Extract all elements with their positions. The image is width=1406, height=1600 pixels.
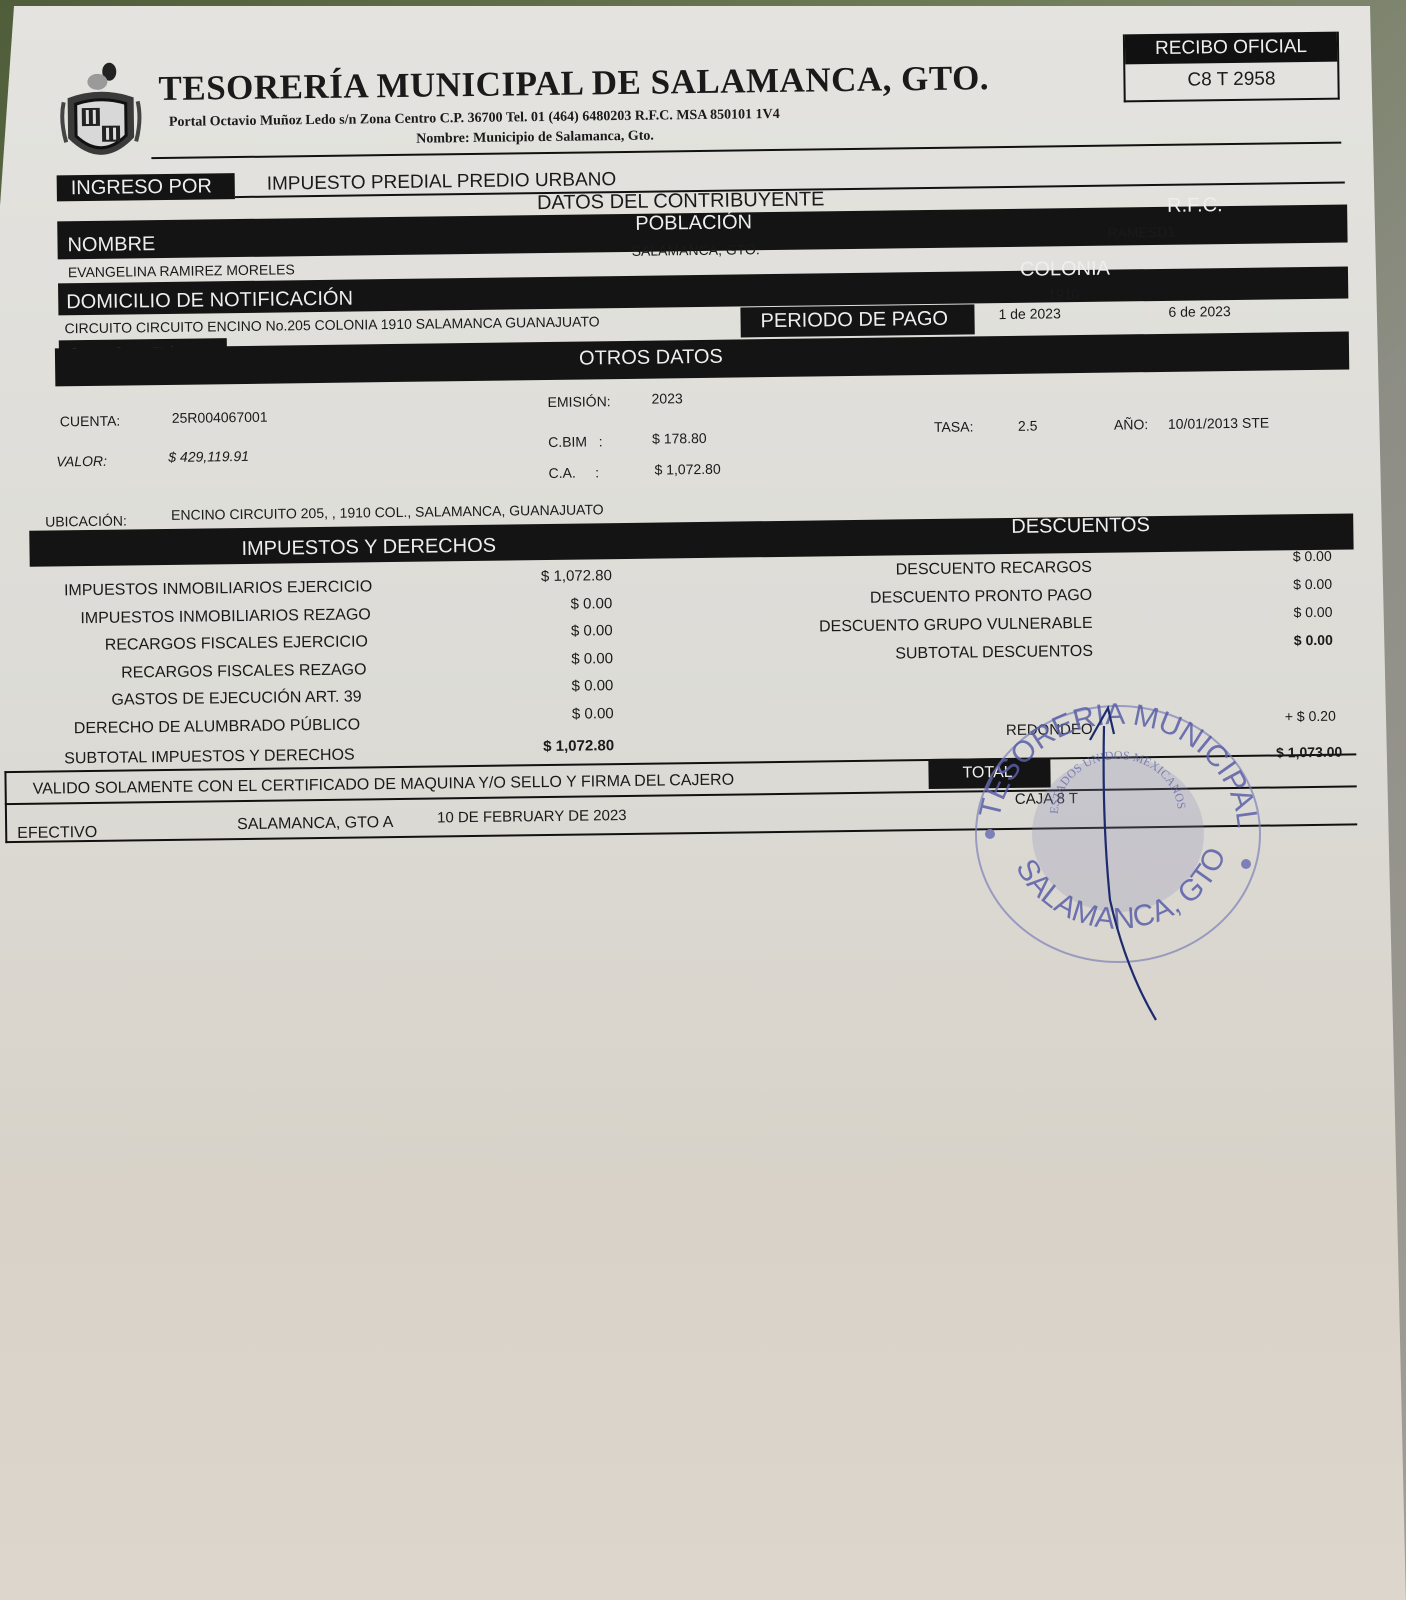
impuesto-row-label: IMPUESTOS INMOBILIARIOS EJERCICIO — [64, 578, 372, 600]
ca-label: C.A. : — [548, 464, 599, 481]
rfc-label: R.F.C. — [1167, 194, 1223, 218]
official-receipt-label: RECIBO OFICIAL — [1125, 32, 1337, 65]
descuentos-title: DESCUENTOS — [1011, 514, 1150, 539]
colonia-value: 1910 — [1048, 286, 1079, 302]
descuento-row-label: DESCUENTO GRUPO VULNERABLE — [782, 615, 1092, 637]
periodo-label-bar: PERIODO DE PAGO — [740, 304, 974, 337]
domicilio-value: CIRCUITO CIRCUITO ENCINO No.205 COLONIA … — [65, 313, 600, 336]
impuestos-subtotal-amount: $ 1,072.80 — [434, 737, 614, 756]
divider — [151, 142, 1341, 160]
nombre-value: EVANGELINA RAMIREZ MORELES — [68, 261, 295, 280]
municipal-coat-of-arms-icon — [59, 59, 142, 172]
valor-label: VALOR: — [56, 453, 107, 470]
cuenta-label: CUENTA: — [60, 413, 121, 430]
impuestos-title: IMPUESTOS Y DERECHOS — [241, 535, 496, 561]
valor-value: $ 429,119.91 — [168, 448, 249, 465]
cbim-value: $ 178.80 — [652, 430, 707, 447]
anio-label: AÑO: — [1114, 416, 1148, 432]
rfc-value: RAMESD1 — [1107, 224, 1175, 241]
border-left — [4, 771, 7, 843]
descuentos-subtotal-label: SUBTOTAL DESCUENTOS — [803, 643, 1093, 665]
anio-value: 10/01/2013 STE — [1168, 415, 1269, 432]
impuesto-row-amount: $ 0.00 — [433, 677, 613, 696]
descuento-row-amount: $ 0.00 — [1232, 576, 1332, 593]
descuento-row-amount: $ 0.00 — [1232, 548, 1332, 565]
impuesto-row-amount: $ 0.00 — [434, 705, 614, 724]
official-receipt-box: RECIBO OFICIAL C8 T 2958 — [1123, 32, 1340, 103]
otros-datos-bar: OTROS DATOS — [55, 331, 1349, 386]
ingreso-label: INGRESO POR — [71, 175, 212, 200]
payment-date: 10 DE FEBRUARY DE 2023 — [437, 807, 627, 826]
impuesto-row-amount: $ 0.00 — [433, 650, 613, 669]
descuentos-subtotal-amount: $ 0.00 — [1233, 632, 1333, 649]
cuenta-value: 25R004067001 — [172, 409, 268, 426]
impuesto-row-label: IMPUESTOS INMOBILIARIOS REZAGO — [80, 606, 371, 628]
impuesto-row-amount: $ 0.00 — [432, 595, 612, 614]
treasury-title: TESORERÍA MUNICIPAL DE SALAMANCA, GTO. — [158, 58, 989, 109]
ingreso-label-bar: INGRESO POR — [57, 173, 235, 201]
cashier-signature — [1080, 700, 1200, 1030]
descuento-row-label: DESCUENTO PRONTO PAGO — [782, 587, 1092, 609]
treasury-address: Portal Octavio Muñoz Ledo s/n Zona Centr… — [169, 107, 780, 131]
colonia-label: COLONIA — [1020, 258, 1110, 282]
impuestos-subtotal-label: SUBTOTAL IMPUESTOS Y DERECHOS — [64, 747, 355, 769]
poblacion-value: SALAMANCA, GTO. — [632, 241, 760, 259]
official-receipt-number: C8 T 2958 — [1125, 62, 1337, 99]
impuesto-row-amount: $ 1,072.80 — [432, 567, 612, 586]
ubicacion-value: ENCINO CIRCUITO 205, , 1910 COL., SALAMA… — [171, 501, 604, 523]
ca-value: $ 1,072.80 — [654, 461, 720, 478]
impuesto-row-amount: $ 0.00 — [433, 622, 613, 641]
periodo-label: PERIODO DE PAGO — [760, 308, 948, 333]
impuesto-row-label: RECARGOS FISCALES REZAGO — [121, 661, 367, 682]
nombre-label: NOMBRE — [67, 233, 155, 257]
treasury-name-line: Nombre: Municipio de Salamanca, Gto. — [416, 129, 654, 148]
payment-place: SALAMANCA, GTO A — [237, 814, 393, 834]
impuesto-row-label: DERECHO DE ALUMBRADO PÚBLICO — [74, 716, 360, 738]
descuento-row-label: DESCUENTO RECARGOS — [782, 559, 1092, 581]
ubicacion-label: UBICACIÓN: — [45, 513, 127, 530]
emision-value: 2023 — [651, 390, 682, 406]
domicilio-label: DOMICILIO DE NOTIFICACIÓN — [66, 288, 353, 315]
impuesto-row-label: RECARGOS FISCALES EJERCICIO — [105, 633, 368, 654]
tasa-label: TASA: — [934, 418, 974, 435]
impuesto-row-label: GASTOS DE EJECUCIÓN ART. 39 — [111, 688, 361, 709]
cbim-label: C.BIM : — [548, 433, 603, 450]
periodo-desde: 1 de 2023 — [998, 305, 1061, 322]
poblacion-label: POBLACIÓN — [635, 211, 752, 236]
periodo-hasta: 6 de 2023 — [1168, 303, 1231, 320]
emision-label: EMISIÓN: — [548, 393, 611, 410]
descuento-row-amount: $ 0.00 — [1232, 604, 1332, 621]
otros-datos-title: OTROS DATOS — [579, 346, 723, 371]
tasa-value: 2.5 — [1018, 418, 1038, 434]
